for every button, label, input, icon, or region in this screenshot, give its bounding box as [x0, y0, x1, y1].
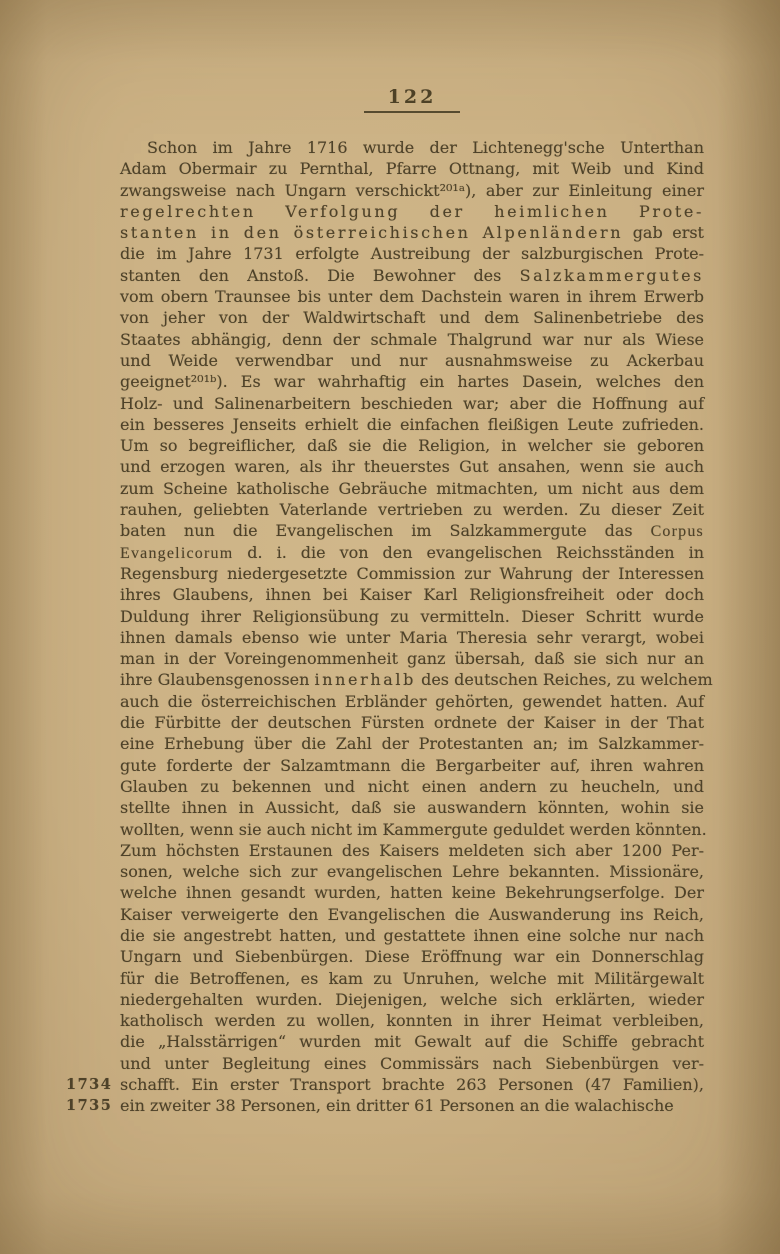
- text-line: ihres Glaubens, ihnen bei Kaiser Karl Re…: [120, 584, 704, 605]
- text-line: katholisch werden zu wollen, konnten in …: [120, 1010, 704, 1031]
- text-line: Evangelicorum d. i. die von den evangeli…: [120, 542, 704, 563]
- book-page: 122 Schon im Jahre 1716 wurde der Lichte…: [0, 0, 780, 1254]
- text-line: die „Halsstärrigen“ wurden mit Gewalt au…: [120, 1031, 704, 1052]
- text-line: regelrechten Verfolgung der heimlichen P…: [120, 201, 704, 222]
- text-line: zwangsweise nach Ungarn verschickt²⁰¹ᵃ),…: [120, 180, 704, 201]
- text-line: ein besseres Jenseits erhielt die einfac…: [120, 414, 704, 435]
- emphasized-text: regelrechten Verfolgung der heimlichen P…: [120, 202, 704, 221]
- text-line: Adam Obermair zu Pernthal, Pfarre Ottnan…: [120, 158, 704, 179]
- text-line: Duldung ihrer Religionsübung zu vermitte…: [120, 606, 704, 627]
- text-line: und erzogen waren, als ihr theuerstes Gu…: [120, 456, 704, 477]
- text-line: welche ihnen gesandt wurden, hatten kein…: [120, 882, 704, 903]
- text-line: rauhen, geliebten Vaterlande vertrieben …: [120, 499, 704, 520]
- text-line: eine Erhebung über die Zahl der Protesta…: [120, 733, 704, 754]
- text-line: geeignet²⁰¹ᵇ). Es war wahrhaftig ein har…: [120, 371, 704, 392]
- text-line: Schon im Jahre 1716 wurde der Lichtenegg…: [120, 137, 704, 158]
- text-line: Holz- und Salinenarbeitern beschieden wa…: [120, 393, 704, 414]
- page-header: 122: [120, 86, 704, 113]
- text-line: von jeher von der Waldwirtschaft und dem…: [120, 307, 704, 328]
- text-line: vom obern Traunsee bis unter dem Dachste…: [120, 286, 704, 307]
- text-line: Um so begreiflicher, daß sie die Religio…: [120, 435, 704, 456]
- text-line: stanten in den österreichischen Alpenlän…: [120, 222, 704, 243]
- text-line: stanten den Anstoß. Die Bewohner des Sal…: [120, 265, 704, 286]
- text-line: ihnen damals ebenso wie unter Maria Ther…: [120, 627, 704, 648]
- text-line: und Weide verwendbar und nur ausnahmswei…: [120, 350, 704, 371]
- emphasized-text: Salzkammergutes: [520, 266, 704, 285]
- emphasized-text: stanten in den österreichischen Alpenlän…: [120, 223, 623, 242]
- text-line: 1735ein zweiter 38 Personen, ein dritter…: [120, 1095, 704, 1116]
- page-text: Schon im Jahre 1716 wurde der Lichtenegg…: [120, 137, 704, 1117]
- margin-year: 1735: [66, 1095, 112, 1116]
- text-line: die im Jahre 1731 erfolgte Austreibung d…: [120, 243, 704, 264]
- text-line: man in der Voreingenommenheit ganz übers…: [120, 648, 704, 669]
- text-line: ihre Glaubensgenossen innerhalb des deut…: [120, 669, 704, 690]
- antiqua-text: Evangelicorum: [120, 545, 233, 562]
- text-line: für die Betroffenen, es kam zu Unruhen, …: [120, 968, 704, 989]
- margin-year: 1734: [66, 1074, 112, 1095]
- text-line: Glauben zu bekennen und nicht einen ande…: [120, 776, 704, 797]
- text-line: Regensburg niedergesetzte Commission zur…: [120, 563, 704, 584]
- text-line: auch die österreichischen Erbländer gehö…: [120, 691, 704, 712]
- text-line: die Fürbitte der deutschen Fürsten ordne…: [120, 712, 704, 733]
- page-number: 122: [364, 86, 461, 113]
- emphasized-text: innerhalb: [315, 670, 416, 689]
- text-line: niedergehalten wurden. Diejenigen, welch…: [120, 989, 704, 1010]
- text-line: gute forderte der Salzamtmann die Bergar…: [120, 755, 704, 776]
- text-line: stellte ihnen in Aussicht, daß sie auswa…: [120, 797, 704, 818]
- text-line: zum Scheine katholische Gebräuche mitmac…: [120, 478, 704, 499]
- text-line: die sie angestrebt hatten, und gestattet…: [120, 925, 704, 946]
- text-line: Ungarn und Siebenbürgen. Diese Eröffnung…: [120, 946, 704, 967]
- text-line: baten nun die Evangelischen im Salzkamme…: [120, 520, 704, 541]
- antiqua-text: Corpus: [651, 523, 704, 540]
- text-line: sonen, welche sich zur evangelischen Leh…: [120, 861, 704, 882]
- text-line: Zum höchsten Erstaunen des Kaisers melde…: [120, 840, 704, 861]
- text-line: und unter Begleitung eines Commissärs na…: [120, 1053, 704, 1074]
- text-line: Staates abhängig, denn der schmale Thalg…: [120, 329, 704, 350]
- text-line: Kaiser verweigerte den Evangelischen die…: [120, 904, 704, 925]
- text-line: 1734schafft. Ein erster Transport bracht…: [120, 1074, 704, 1095]
- text-line: wollten, wenn sie auch nicht im Kammergu…: [120, 819, 704, 840]
